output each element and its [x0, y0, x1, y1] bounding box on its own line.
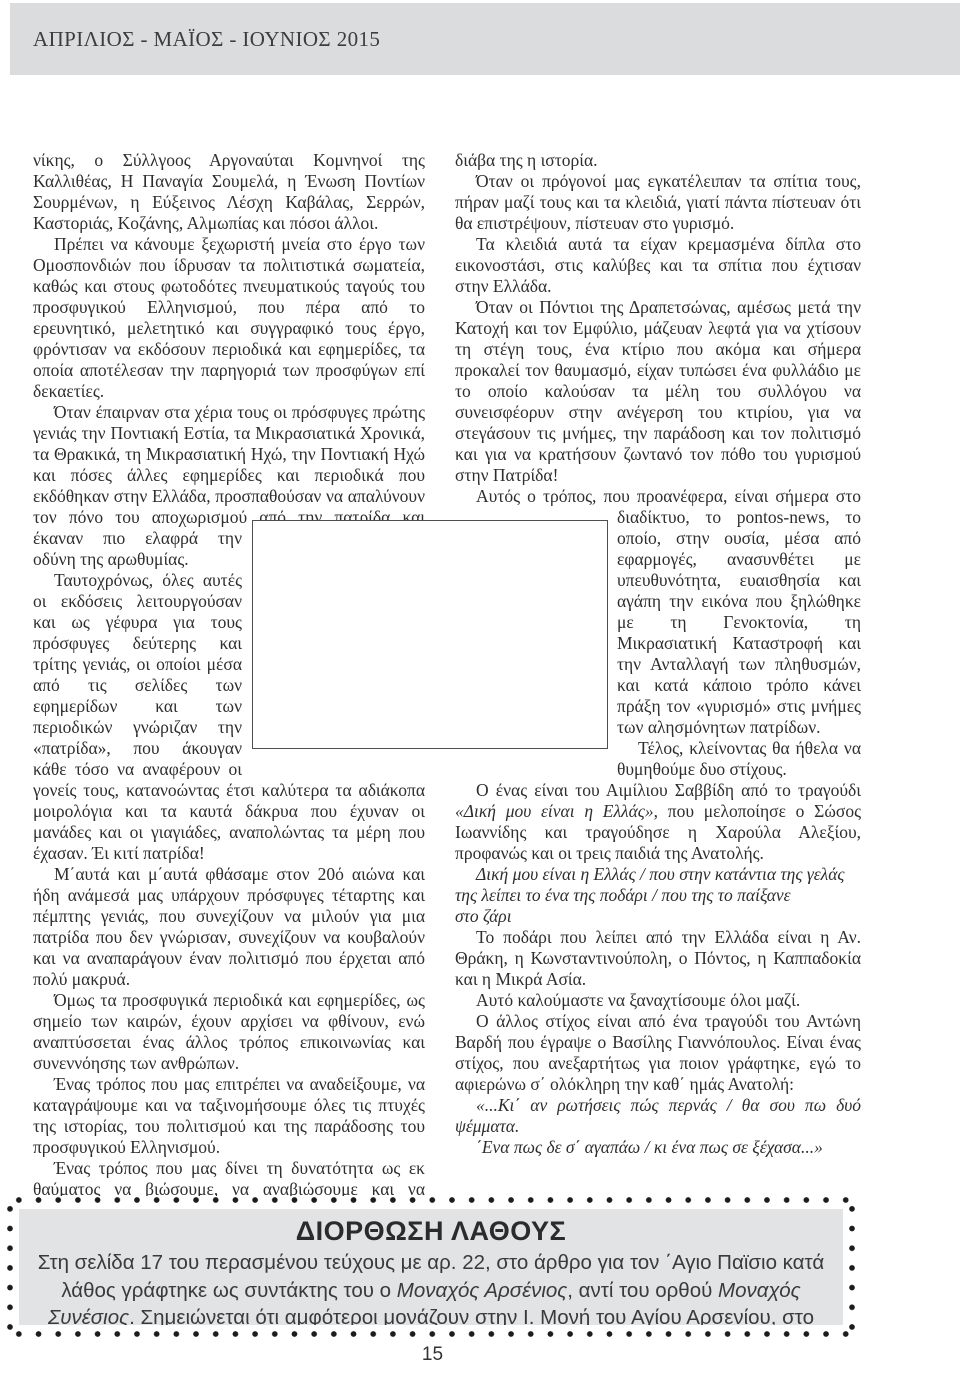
- paragraph: Αυτό καλούμαστε να ξαναχτίσουμε όλοι μαζ…: [455, 990, 861, 1011]
- text-run: διαδίκτυο, το pontos-news, το οποίο, στη…: [617, 507, 861, 737]
- paragraph: διάβα της η ιστορία.: [455, 150, 861, 171]
- paragraph: Μ΄αυτά και μ΄αυτά φθάσαμε στον 20ό αιώνα…: [33, 864, 425, 990]
- correction-box: ΔΙΟΡΘΩΣΗ ΛΑΘΟΥΣ Στη σελίδα 17 του περασμ…: [19, 1209, 843, 1325]
- correction-body: Στη σελίδα 17 του περασμένου τεύχους με …: [19, 1249, 843, 1325]
- paragraph: Όταν οι Πόντιοι της Δραπετσώνας, αμέσως …: [455, 297, 861, 486]
- paragraph: Το ποδάρι που λείπει από την Ελλάδα είνα…: [455, 927, 861, 990]
- page-number: 15: [0, 1344, 865, 1366]
- text-run: . Σημειώνεται ότι αμφότεροι μονάζουν στη…: [96, 1306, 814, 1325]
- text-run: Ο ένας είναι του Αιμίλιου Σαββίδη από το…: [476, 780, 861, 800]
- paragraph: Ένας τρόπος που μας επιτρέπει να αναδείξ…: [33, 1074, 425, 1158]
- paragraph: Όταν οι πρόγονοί μας εγκατέλειπαν τα σπί…: [455, 171, 861, 234]
- image-placeholder-box: [252, 520, 608, 749]
- magazine-page: ΑΠΡΙΛΙΟΣ - ΜΑΪΟΣ - ΙΟΥΝΙΟΣ 2015 νίκης, ο…: [0, 0, 960, 1380]
- song-verse: Δική μου είναι η Ελλάς / που στην κατάντ…: [455, 864, 861, 927]
- song-verse: «...Κι΄ αν ρωτήσεις πώς περνάς / θα σου …: [455, 1095, 861, 1137]
- dotted-border-bottom: [6, 1330, 856, 1338]
- song-title-quote: «Δική μου είναι η Ελλάς»: [455, 801, 654, 821]
- paragraph: Ένας τρόπος που μας δίνει τη δυνατότητα …: [33, 1158, 425, 1196]
- dotted-border-left: [6, 1196, 14, 1338]
- header-bar: ΑΠΡΙΛΙΟΣ - ΜΑΪΟΣ - ΙΟΥΝΙΟΣ 2015: [10, 3, 960, 75]
- text-run: έκαναν πιο ελαφρά την οδύνη της αρωθυμία…: [33, 528, 242, 569]
- correction-title: ΔΙΟΡΘΩΣΗ ΛΑΘΟΥΣ: [19, 1216, 843, 1247]
- paragraph: Πρέπει να κάνουμε ξεχωριστή μνεία στο έρ…: [33, 234, 425, 402]
- dotted-border-right: [848, 1196, 856, 1338]
- issue-date: ΑΠΡΙΛΙΟΣ - ΜΑΪΟΣ - ΙΟΥΝΙΟΣ 2015: [10, 27, 380, 52]
- paragraph: Τα κλειδιά αυτά τα είχαν κρεμασμένα δίπλ…: [455, 234, 861, 297]
- text-run: , αντί του ορθού: [567, 1279, 718, 1302]
- dotted-border-top: [6, 1196, 856, 1204]
- paragraph: Όμως τα προσφυγικά περιοδικά και εφημερί…: [33, 990, 425, 1074]
- paragraph: Ο άλλος στίχος είναι από ένα τραγούδι το…: [455, 1011, 861, 1095]
- paragraph: Ο ένας είναι του Αιμίλιου Σαββίδη από το…: [455, 780, 861, 864]
- paragraph: νίκης, ο Σύλλγοος Αργοναύται Κομνηνοί τη…: [33, 150, 425, 234]
- song-verse: ΄Ενα πως δε σ΄ αγαπάω / κι ένα πως σε ξέ…: [455, 1137, 861, 1158]
- correction-section: ΔΙΟΡΘΩΣΗ ΛΑΘΟΥΣ Στη σελίδα 17 του περασμ…: [6, 1196, 856, 1338]
- wrong-name: Μοναχός Αρσένιος: [397, 1279, 568, 1302]
- text-run: Αυτός ο τρόπος, που προανέφερα, είναι σή…: [476, 486, 861, 506]
- text-run: Όταν έπαιρναν στα χέρια τους οι πρόσφυγε…: [33, 402, 425, 527]
